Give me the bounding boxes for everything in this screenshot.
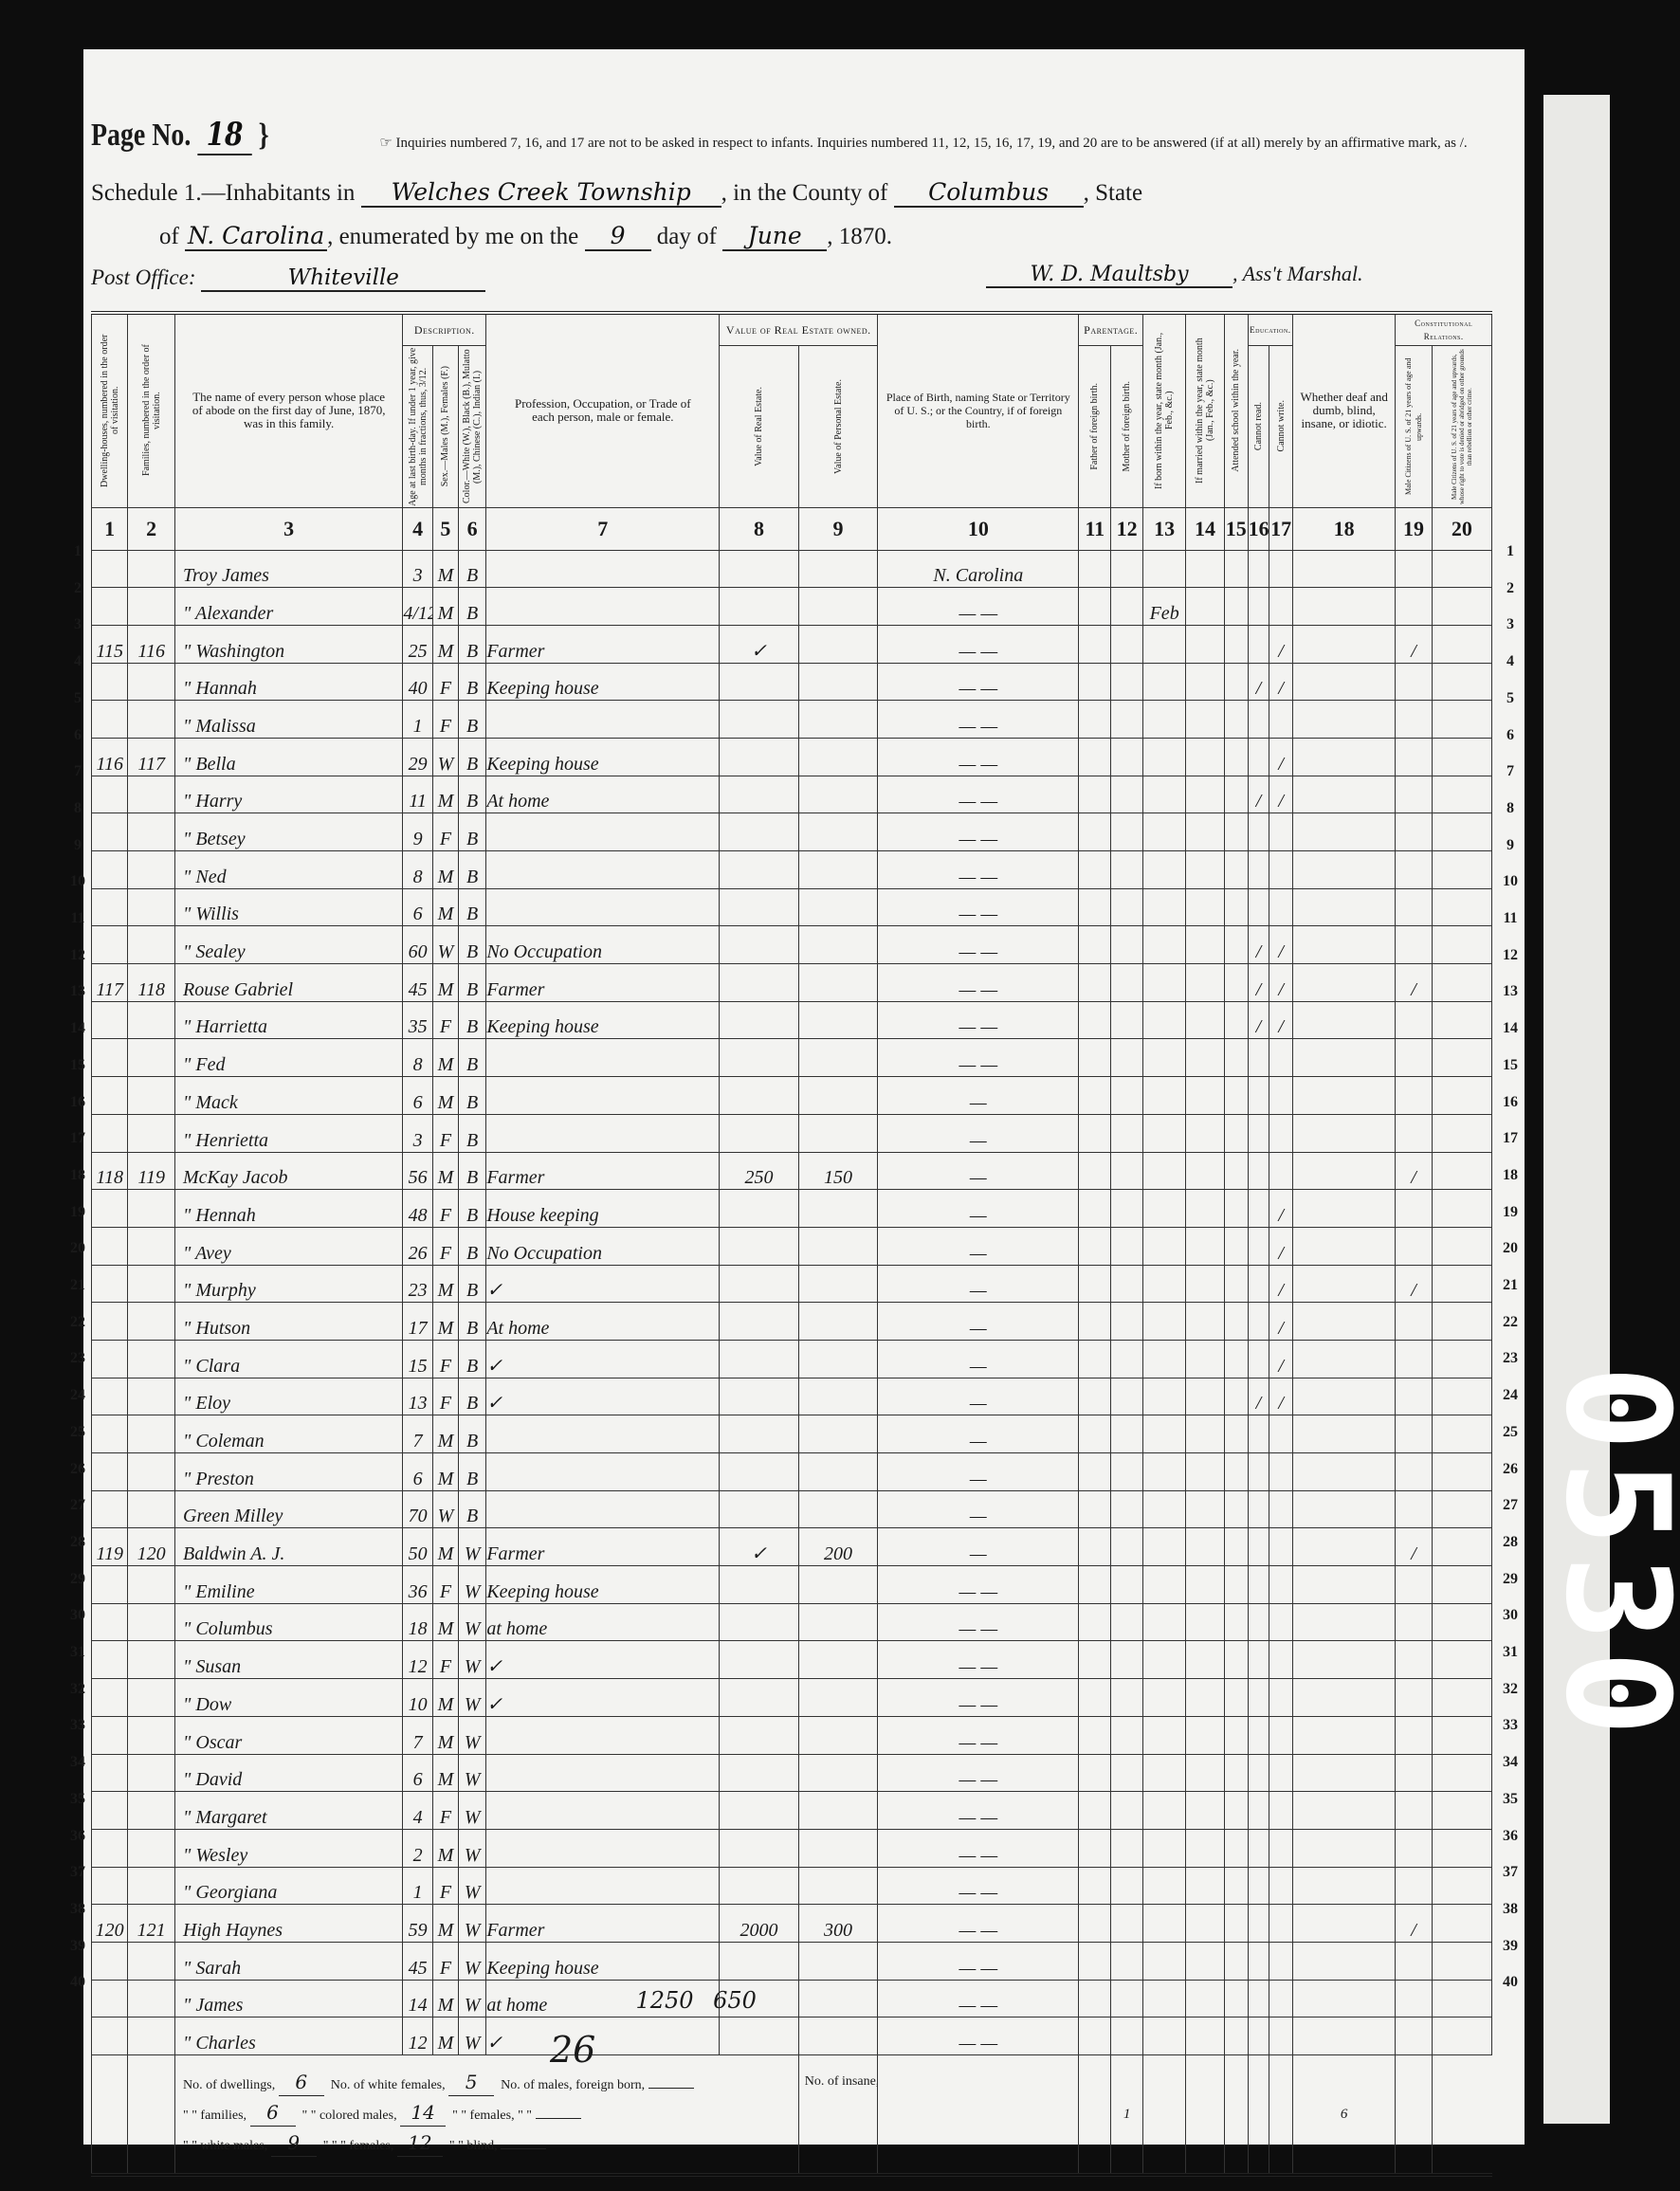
father-foreign-cell <box>1079 1679 1111 1717</box>
group-header-constitutional: Constitutional Relations. <box>1396 313 1492 345</box>
attended-school-cell <box>1224 738 1248 776</box>
birthplace-cell: — — <box>878 926 1079 964</box>
personal-estate-value-cell <box>798 1453 878 1491</box>
disability-cell <box>1293 550 1396 588</box>
dwelling-number-cell <box>92 2018 128 2055</box>
line-number-right: 19 <box>1496 1204 1525 1221</box>
color-cell: B <box>458 813 485 851</box>
line-number-left: 19 <box>66 1204 89 1221</box>
born-month-cell <box>1143 1754 1186 1792</box>
father-foreign-cell <box>1079 1152 1111 1190</box>
person-name-cell: " Susan <box>175 1641 403 1679</box>
line-number-left: 2 <box>66 580 89 597</box>
col-header-birthplace: Place of Birth, naming State or Territor… <box>878 313 1079 507</box>
attended-school-cell <box>1224 1077 1248 1115</box>
vote-denied-cell <box>1432 1152 1491 1190</box>
cannot-write-cell <box>1269 888 1293 926</box>
real-estate-value-cell <box>720 1114 798 1152</box>
male-citizen-cell <box>1396 1190 1432 1228</box>
vote-denied-cell <box>1432 1039 1491 1077</box>
color-cell: B <box>458 588 485 626</box>
group-header-value: Value of Real Estate owned. <box>720 313 878 345</box>
table-row: " Margaret4FW— — <box>92 1792 1492 1830</box>
color-cell: W <box>458 1792 485 1830</box>
cannot-read-cell <box>1248 701 1269 739</box>
line-number-left: 4 <box>66 653 89 670</box>
mother-foreign-cell <box>1111 1378 1143 1415</box>
cannot-write-cell: / <box>1269 738 1293 776</box>
person-name-cell: " Murphy <box>175 1265 403 1303</box>
mother-foreign-cell <box>1111 1867 1143 1905</box>
vote-denied-cell <box>1432 926 1491 964</box>
born-month-cell <box>1143 1490 1186 1528</box>
white-males-count: 9 <box>271 2129 317 2157</box>
birthplace-cell: — <box>878 1303 1079 1341</box>
mother-foreign-cell <box>1111 738 1143 776</box>
occupation-cell: Keeping house <box>486 1942 720 1980</box>
inquiry-note-text: Inquiries numbered 7, 16, and 17 are not… <box>396 136 1468 151</box>
mother-foreign-cell <box>1111 625 1143 663</box>
column-number: 16 <box>1248 507 1269 550</box>
occupation-cell: No Occupation <box>486 926 720 964</box>
birthplace-cell: — <box>878 1152 1079 1190</box>
table-row: " Columbus18MWat home— — <box>92 1603 1492 1641</box>
person-name-cell: " Hannah <box>175 663 403 701</box>
column-number-row: 1 2 3 4 5 6 7 8 9 10 11 12 13 14 15 16 1… <box>92 507 1492 550</box>
birthplace-cell: N. Carolina <box>878 550 1079 588</box>
personal-estate-value-cell <box>798 1566 878 1604</box>
personal-estate-value-cell <box>798 1039 878 1077</box>
cannot-read-cell <box>1248 1453 1269 1491</box>
person-name-cell: " James <box>175 1980 403 2018</box>
male-citizen-cell <box>1396 1792 1432 1830</box>
age-cell: 3 <box>403 1114 433 1152</box>
dwelling-number-cell: 120 <box>92 1905 128 1943</box>
dwelling-number-cell <box>92 1867 128 1905</box>
cannot-read-cell <box>1248 1077 1269 1115</box>
married-month-cell <box>1186 1905 1225 1943</box>
person-name-cell: " Bella <box>175 738 403 776</box>
dwelling-number-cell <box>92 1792 128 1830</box>
male-citizen-cell <box>1396 1603 1432 1641</box>
line-number-right: 29 <box>1496 1571 1525 1588</box>
cannot-write-cell <box>1269 1641 1293 1679</box>
sex-cell: F <box>432 663 458 701</box>
sex-cell: M <box>432 588 458 626</box>
age-cell: 36 <box>403 1566 433 1604</box>
line-number-left: 35 <box>66 1791 89 1808</box>
line-number-left: 24 <box>66 1387 89 1404</box>
male-citizen-cell <box>1396 2018 1432 2055</box>
occupation-cell <box>486 1716 720 1754</box>
cannot-write-cell: / <box>1269 1265 1293 1303</box>
family-number-cell <box>128 1453 175 1491</box>
attended-school-cell <box>1224 1942 1248 1980</box>
dwelling-number-cell <box>92 1603 128 1641</box>
person-name-cell: " Avey <box>175 1227 403 1265</box>
color-cell: B <box>458 701 485 739</box>
line-number-right: 24 <box>1496 1387 1525 1404</box>
mother-foreign-cell <box>1111 550 1143 588</box>
mother-foreign-cell <box>1111 1152 1143 1190</box>
birthplace-cell: — <box>878 1528 1079 1566</box>
disability-cell <box>1293 1716 1396 1754</box>
table-row: 117118Rouse Gabriel45MBFarmer— —/// <box>92 964 1492 1002</box>
mother-foreign-cell <box>1111 926 1143 964</box>
disability-cell <box>1293 738 1396 776</box>
vote-denied-cell <box>1432 1792 1491 1830</box>
real-estate-value-cell <box>720 888 798 926</box>
disability-cell <box>1293 1679 1396 1717</box>
dwelling-number-cell <box>92 926 128 964</box>
disability-cell <box>1293 964 1396 1002</box>
male-citizen-cell: / <box>1396 1152 1432 1190</box>
attended-school-cell <box>1224 776 1248 813</box>
cannot-read-cell <box>1248 1415 1269 1453</box>
birthplace-cell: — — <box>878 625 1079 663</box>
table-row: " Avey26FBNo Occupation—/ <box>92 1227 1492 1265</box>
attended-school-cell <box>1224 663 1248 701</box>
attended-school-cell <box>1224 1792 1248 1830</box>
birthplace-cell: — — <box>878 1754 1079 1792</box>
attended-school-cell <box>1224 1716 1248 1754</box>
dwelling-number-cell <box>92 1754 128 1792</box>
birthplace-cell: — — <box>878 813 1079 851</box>
real-estate-value-cell <box>720 1490 798 1528</box>
table-row: " Hutson17MBAt home—/ <box>92 1303 1492 1341</box>
dwelling-number-cell <box>92 1829 128 1867</box>
color-cell: B <box>458 1039 485 1077</box>
color-cell: B <box>458 1303 485 1341</box>
table-row: " Sarah45FWKeeping house— — <box>92 1942 1492 1980</box>
line-number-right: 15 <box>1496 1057 1525 1074</box>
dwelling-number-cell <box>92 1566 128 1604</box>
real-estate-value-cell <box>720 926 798 964</box>
real-estate-value-cell <box>720 1303 798 1341</box>
married-month-cell <box>1186 851 1225 889</box>
stamp-number: 26 <box>550 2029 595 2071</box>
group-header-education: Education. <box>1248 313 1292 345</box>
married-month-cell <box>1186 550 1225 588</box>
table-row: " Harrietta35FBKeeping house— —// <box>92 1001 1492 1039</box>
vote-denied-cell <box>1432 1001 1491 1039</box>
vote-denied-cell <box>1432 1114 1491 1152</box>
table-row: " Willis6MB— — <box>92 888 1492 926</box>
line-number-left: 33 <box>66 1717 89 1734</box>
adjacent-page-edge <box>1543 95 1610 2124</box>
attended-school-cell <box>1224 1265 1248 1303</box>
dwelling-number-cell <box>92 663 128 701</box>
line-number-right: 38 <box>1496 1901 1525 1918</box>
line-number-right: 23 <box>1496 1350 1525 1367</box>
occupation-cell <box>486 888 720 926</box>
attended-school-cell <box>1224 1566 1248 1604</box>
attended-school-cell <box>1224 813 1248 851</box>
age-cell: 59 <box>403 1905 433 1943</box>
mother-foreign-cell <box>1111 1227 1143 1265</box>
married-month-cell <box>1186 1001 1225 1039</box>
cannot-read-cell <box>1248 851 1269 889</box>
line-number-left: 37 <box>66 1864 89 1881</box>
family-number-cell <box>128 851 175 889</box>
father-foreign-cell <box>1079 1453 1111 1491</box>
table-row: " Charles12MW✓— — <box>92 2018 1492 2055</box>
married-month-cell <box>1186 1754 1225 1792</box>
cannot-write-cell: / <box>1269 776 1293 813</box>
birthplace-cell: — <box>878 1453 1079 1491</box>
attended-school-cell <box>1224 1340 1248 1378</box>
color-cell: B <box>458 1415 485 1453</box>
real-estate-value-cell <box>720 1829 798 1867</box>
colored-males-count: 14 <box>400 2099 446 2127</box>
line-number-left: 26 <box>66 1461 89 1478</box>
birthplace-cell: — — <box>878 1641 1079 1679</box>
married-month-cell <box>1186 663 1225 701</box>
age-cell: 12 <box>403 2018 433 2055</box>
mother-foreign-cell <box>1111 1528 1143 1566</box>
cannot-write-cell <box>1269 1528 1293 1566</box>
occupation-cell: ✓ <box>486 2018 720 2055</box>
real-estate-value-cell <box>720 776 798 813</box>
group-header-parentage: Parentage. <box>1079 313 1143 345</box>
color-cell: W <box>458 1528 485 1566</box>
cannot-write-cell <box>1269 851 1293 889</box>
col-header-color: Color.—White (W.), Black (B.), Mulatto (… <box>458 345 485 507</box>
married-month-cell <box>1186 888 1225 926</box>
vote-denied-cell <box>1432 1453 1491 1491</box>
married-month-cell <box>1186 588 1225 626</box>
birthplace-cell: — — <box>878 1603 1079 1641</box>
age-cell: 25 <box>403 625 433 663</box>
cannot-read-cell <box>1248 1980 1269 2018</box>
married-month-cell <box>1186 964 1225 1002</box>
occupation-cell: Farmer <box>486 1905 720 1943</box>
page-number-heading: Page No. 18 } <box>91 116 269 155</box>
color-cell: B <box>458 1001 485 1039</box>
personal-estate-value-cell <box>798 1265 878 1303</box>
person-name-cell: " Coleman <box>175 1415 403 1453</box>
mother-foreign-cell <box>1111 1942 1143 1980</box>
family-number-cell: 118 <box>128 964 175 1002</box>
line-number-right: 2 <box>1496 580 1525 597</box>
occupation-cell: Keeping house <box>486 738 720 776</box>
personal-estate-value-cell <box>798 1980 878 2018</box>
disability-cell <box>1293 1641 1396 1679</box>
sex-cell: M <box>432 1603 458 1641</box>
col-header-real-estate: Value of Real Estate. <box>720 345 798 507</box>
cannot-read-cell <box>1248 588 1269 626</box>
married-month-cell <box>1186 1039 1225 1077</box>
attended-school-cell <box>1224 1905 1248 1943</box>
disability-cell <box>1293 888 1396 926</box>
male-citizen-cell <box>1396 1980 1432 2018</box>
cannot-read-cell <box>1248 1265 1269 1303</box>
male-citizen-cell <box>1396 1716 1432 1754</box>
age-cell: 48 <box>403 1190 433 1228</box>
sex-cell: M <box>432 1829 458 1867</box>
occupation-cell: At home <box>486 776 720 813</box>
male-citizen-cell <box>1396 1039 1432 1077</box>
color-cell: B <box>458 1378 485 1415</box>
real-estate-value-cell <box>720 701 798 739</box>
married-month-cell <box>1186 1340 1225 1378</box>
mother-foreign-cell <box>1111 1792 1143 1830</box>
family-number-cell <box>128 813 175 851</box>
sex-cell: M <box>432 1152 458 1190</box>
father-foreign-cell <box>1079 1754 1111 1792</box>
age-cell: 45 <box>403 964 433 1002</box>
table-row: 118119McKay Jacob56MBFarmer250150—/ <box>92 1152 1492 1190</box>
post-office-field: Whiteville <box>201 265 485 292</box>
line-number-left: 14 <box>66 1020 89 1037</box>
cannot-write-cell <box>1269 701 1293 739</box>
cannot-write-cell <box>1269 550 1293 588</box>
dwelling-number-cell <box>92 1716 128 1754</box>
attended-school-cell <box>1224 1303 1248 1341</box>
male-citizen-cell <box>1396 1453 1432 1491</box>
column-number: 5 <box>432 507 458 550</box>
father-foreign-cell <box>1079 738 1111 776</box>
occupation-cell <box>486 1415 720 1453</box>
birthplace-cell: — — <box>878 701 1079 739</box>
family-number-cell <box>128 1754 175 1792</box>
married-month-cell <box>1186 1792 1225 1830</box>
foreign-males-count <box>648 2088 694 2089</box>
table-row: 120121High Haynes59MWFarmer2000300— —/ <box>92 1905 1492 1943</box>
line-number-right: 34 <box>1496 1754 1525 1771</box>
vote-denied-cell <box>1432 776 1491 813</box>
line-number-right: 39 <box>1496 1938 1525 1955</box>
dwelling-number-cell <box>92 1114 128 1152</box>
group-header-description: Description. <box>403 313 486 345</box>
sex-cell: F <box>432 813 458 851</box>
col-header-mother-foreign: Mother of foreign birth. <box>1111 345 1143 507</box>
mother-foreign-cell <box>1111 1905 1143 1943</box>
real-estate-value-cell <box>720 663 798 701</box>
attended-school-cell <box>1224 1754 1248 1792</box>
sex-cell: W <box>432 1490 458 1528</box>
color-cell: W <box>458 1867 485 1905</box>
sex-cell: F <box>432 1190 458 1228</box>
father-foreign-cell <box>1079 1942 1111 1980</box>
married-month-cell <box>1186 1829 1225 1867</box>
color-cell: W <box>458 1980 485 2018</box>
cannot-write-cell <box>1269 1905 1293 1943</box>
column-number: 20 <box>1432 507 1491 550</box>
age-cell: 45 <box>403 1942 433 1980</box>
column-number: 8 <box>720 507 798 550</box>
cannot-write-cell: / <box>1269 625 1293 663</box>
born-month-cell <box>1143 813 1186 851</box>
born-month-cell <box>1143 776 1186 813</box>
color-cell: B <box>458 1227 485 1265</box>
table-row: " James14MWat home— — <box>92 1980 1492 2018</box>
vote-denied-cell <box>1432 588 1491 626</box>
father-foreign-cell <box>1079 1001 1111 1039</box>
cannot-write-cell: / <box>1269 1340 1293 1378</box>
table-row: " Alexander4/12MB— —Feb <box>92 588 1492 626</box>
color-cell: B <box>458 1114 485 1152</box>
real-estate-value-cell <box>720 588 798 626</box>
sex-cell: M <box>432 851 458 889</box>
personal-estate-value-cell <box>798 588 878 626</box>
male-citizen-cell: / <box>1396 964 1432 1002</box>
color-cell: B <box>458 1077 485 1115</box>
mother-foreign-cell <box>1111 1415 1143 1453</box>
married-month-cell <box>1186 2018 1225 2055</box>
father-foreign-cell <box>1079 1528 1111 1566</box>
dwelling-number-cell: 119 <box>92 1528 128 1566</box>
age-cell: 50 <box>403 1528 433 1566</box>
line-number-right: 17 <box>1496 1130 1525 1147</box>
birthplace-cell: — — <box>878 851 1079 889</box>
attended-school-cell <box>1224 926 1248 964</box>
color-cell: B <box>458 776 485 813</box>
person-name-cell: " Washington <box>175 625 403 663</box>
person-name-cell: " Sarah <box>175 1942 403 1980</box>
vote-denied-cell <box>1432 1679 1491 1717</box>
person-name-cell: " Margaret <box>175 1792 403 1830</box>
color-cell: B <box>458 663 485 701</box>
vote-denied-cell <box>1432 1980 1491 2018</box>
father-foreign-cell <box>1079 1792 1111 1830</box>
attended-school-cell <box>1224 1001 1248 1039</box>
line-number-left: 10 <box>66 873 89 890</box>
disability-cell <box>1293 1942 1396 1980</box>
cannot-write-cell <box>1269 1415 1293 1453</box>
sex-cell: F <box>432 1867 458 1905</box>
male-citizen-cell <box>1396 1490 1432 1528</box>
col-header-age: Age at last birth-day. If under 1 year, … <box>403 345 433 507</box>
personal-estate-value-cell <box>798 964 878 1002</box>
color-cell: B <box>458 625 485 663</box>
birthplace-cell: — — <box>878 888 1079 926</box>
sex-cell: M <box>432 1528 458 1566</box>
census-table: Dwelling-houses, numbered in the order o… <box>91 311 1492 2177</box>
birthplace-cell: — — <box>878 1679 1079 1717</box>
color-cell: B <box>458 1453 485 1491</box>
occupation-cell <box>486 1039 720 1077</box>
dwelling-number-cell <box>92 1942 128 1980</box>
dwelling-number-cell <box>92 1190 128 1228</box>
married-month-cell <box>1186 1114 1225 1152</box>
birthplace-cell: — — <box>878 1980 1079 2018</box>
family-number-cell <box>128 1077 175 1115</box>
column-number: 17 <box>1269 507 1293 550</box>
line-number-left: 3 <box>66 616 89 633</box>
birthplace-cell: — — <box>878 2018 1079 2055</box>
insane-label: No. of insane, <box>805 2074 878 2089</box>
mother-foreign-cell <box>1111 1039 1143 1077</box>
mother-foreign-cell <box>1111 1340 1143 1378</box>
dwelling-number-cell <box>92 1303 128 1341</box>
dwelling-number-cell <box>92 1490 128 1528</box>
color-cell: W <box>458 1603 485 1641</box>
male-citizen-cell <box>1396 701 1432 739</box>
father-foreign-cell <box>1079 776 1111 813</box>
vote-denied-cell <box>1432 1227 1491 1265</box>
vote-denied-cell <box>1432 1190 1491 1228</box>
real-estate-value-cell <box>720 1077 798 1115</box>
mother-foreign-cell <box>1111 1453 1143 1491</box>
real-estate-value-cell <box>720 1190 798 1228</box>
color-cell: B <box>458 964 485 1002</box>
family-number-cell <box>128 1114 175 1152</box>
line-number-right: 33 <box>1496 1717 1525 1734</box>
cannot-read-cell <box>1248 1340 1269 1378</box>
real-estate-value-cell <box>720 1942 798 1980</box>
age-cell: 10 <box>403 1679 433 1717</box>
